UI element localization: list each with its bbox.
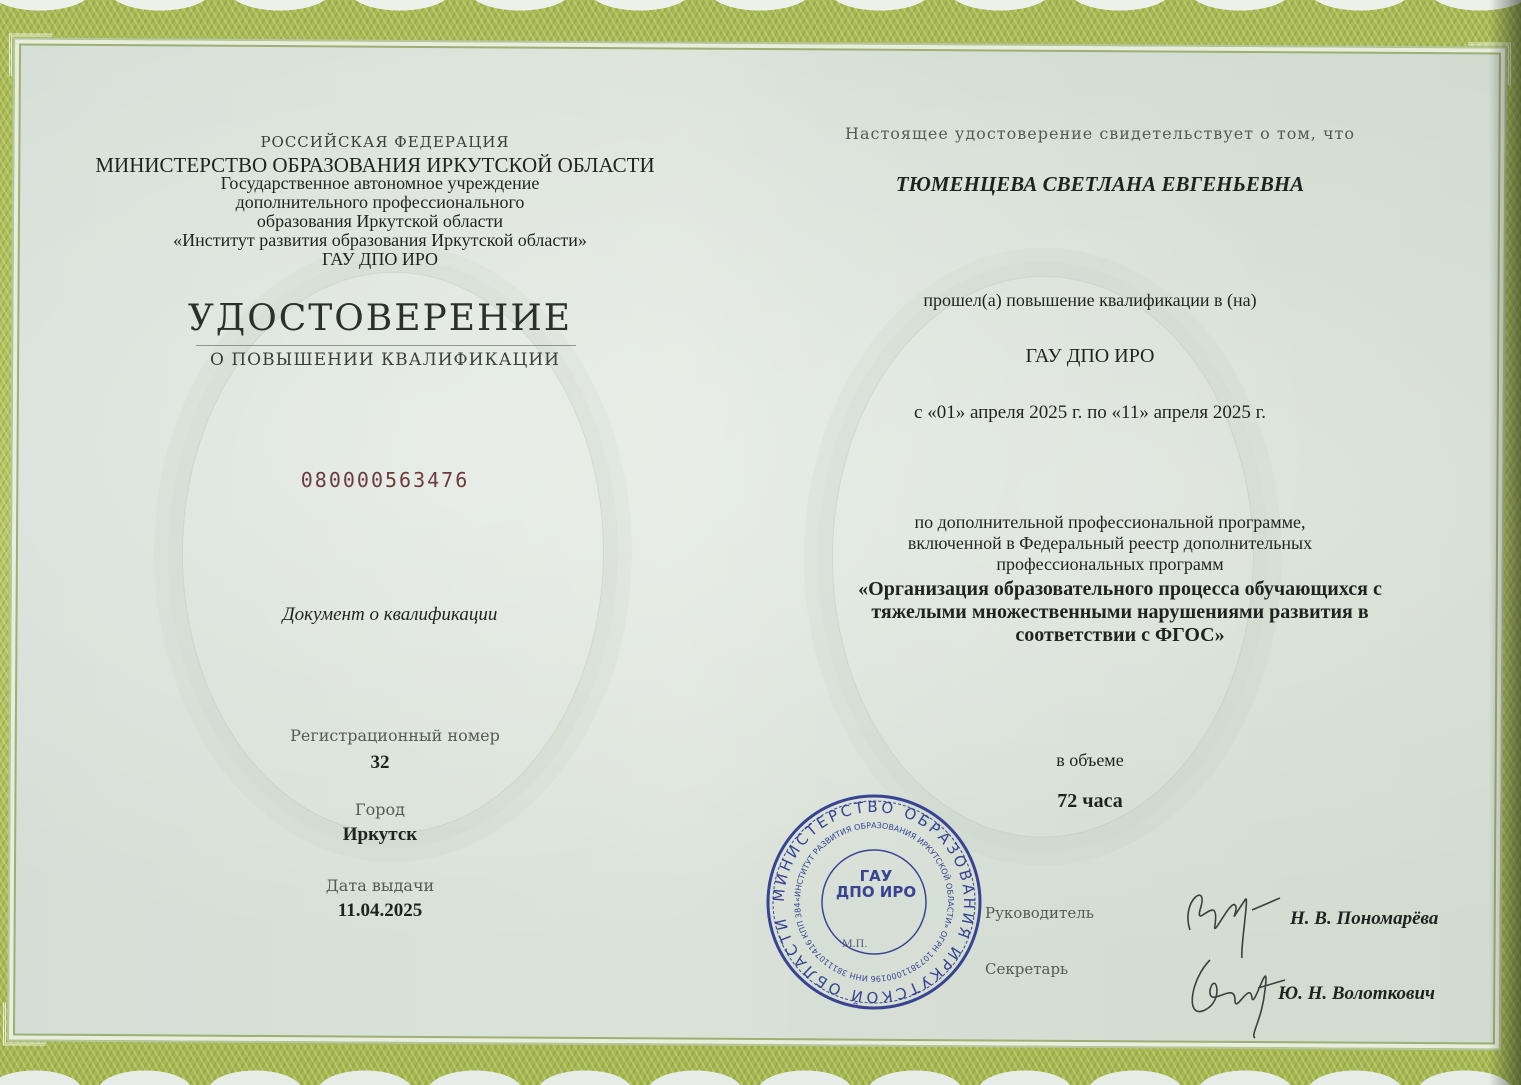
passed-statement: прошел(а) повышение квалификации в (на) (840, 290, 1340, 311)
certifies-statement: Настоящее удостоверение свидетельствует … (820, 124, 1380, 143)
program-title-line: тяжелыми множественными нарушениями разв… (780, 601, 1460, 624)
edge-shadow (1489, 0, 1521, 1085)
institution-name: Государственное автономное учреждение до… (110, 174, 650, 269)
secretary-label: Секретарь (985, 960, 1105, 978)
secretary-signature (1180, 940, 1290, 1040)
training-period: с «01» апреля 2025 г. по «11» апреля 202… (830, 402, 1350, 424)
institution-line: Государственное автономное учреждение (110, 174, 650, 193)
secretary-name: Ю. Н. Волоткович (1278, 983, 1498, 1005)
country-heading: РОССИЙСКАЯ ФЕДЕРАЦИЯ (150, 133, 620, 151)
stamp-center-text: ГАУ ДПО ИРО (826, 868, 926, 900)
serial-number: 080000563476 (240, 468, 530, 492)
volume-value: 72 часа (990, 790, 1190, 813)
institution-line: образования Иркутской области (110, 212, 650, 231)
corner-ornament (3, 1002, 46, 1045)
program-title-line: «Организация образовательного процесса о… (780, 578, 1460, 601)
holder-name: ТЮМЕНЦЕВА СВЕТЛАНА ЕВГЕНЬЕВНА (820, 172, 1380, 197)
volume-label: в объеме (990, 750, 1190, 771)
stamp-center-line: ДПО ИРО (826, 884, 926, 900)
program-title-line: соответствии с ФГОС» (780, 624, 1460, 647)
head-name: Н. В. Пономарёва (1290, 908, 1490, 930)
corner-ornament (9, 33, 52, 76)
program-title: «Организация образовательного процесса о… (780, 578, 1460, 647)
institution-line: «Институт развития образования Иркутской… (110, 231, 650, 250)
organization-name: ГАУ ДПО ИРО (940, 345, 1240, 368)
registration-number: 32 (290, 752, 470, 774)
city-label: Город (280, 800, 480, 819)
document-kind: Документ о квалификации (190, 604, 590, 626)
official-stamp: МИНИСТЕРСТВО ОБРАЗОВАНИЯ ИРКУТСКОЙ ОБЛАС… (766, 794, 982, 1010)
certificate-subtitle: О ПОВЫШЕНИИ КВАЛИФИКАЦИИ (150, 350, 620, 370)
program-intro-line: включенной в Федеральный реестр дополнит… (820, 533, 1400, 554)
head-label: Руководитель (985, 904, 1105, 922)
title-divider (196, 345, 576, 346)
program-intro-line: профессиональных программ (820, 554, 1400, 575)
program-intro-line: по дополнительной профессиональной прогр… (820, 512, 1400, 533)
issue-date-value: 11.04.2025 (270, 900, 490, 922)
stamp-center-line: ГАУ (826, 868, 926, 884)
certificate-title: УДОСТОВЕРЕНИЕ (150, 298, 610, 339)
issue-date-label: Дата выдачи (280, 876, 480, 895)
city-value: Иркутск (270, 824, 490, 846)
registration-label: Регистрационный номер (210, 726, 580, 745)
institution-line: ГАУ ДПО ИРО (110, 250, 650, 269)
program-intro: по дополнительной профессиональной прогр… (820, 512, 1400, 575)
institution-line: дополнительного профессионального (110, 193, 650, 212)
stamp-mp-label: М.П. (842, 936, 867, 951)
